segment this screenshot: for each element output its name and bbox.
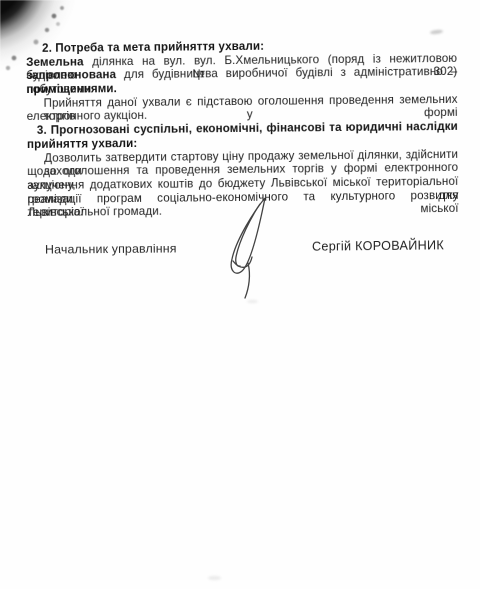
document-text-segment: електронного аукціон.	[27, 109, 148, 123]
signoff-title: Начальник управління	[45, 241, 177, 256]
handwritten-signature	[214, 191, 276, 305]
document-line: Прийняття даної ухвали є підставою оголо…	[27, 93, 458, 111]
signoff-name: Сергій КОРОВАЙНИК	[312, 238, 444, 253]
document-text-segment: прийняття ухвали:	[27, 137, 137, 151]
document-text-segment: Земельна	[26, 55, 84, 69]
scanned-document-page: 2. Потреба та мета прийняття ухвали:Земе…	[0, 0, 480, 589]
document-text-segment: територіальної громади.	[28, 205, 163, 219]
document-text-segment: приміщеннями.	[26, 82, 117, 96]
scan-smudge-bottom	[208, 576, 221, 580]
document-text-segment: 2. Потреба та мета прийняття ухвали:	[42, 40, 264, 55]
document-text-segment: запропонована	[26, 69, 116, 83]
scan-smudge-top-right	[430, 29, 443, 35]
